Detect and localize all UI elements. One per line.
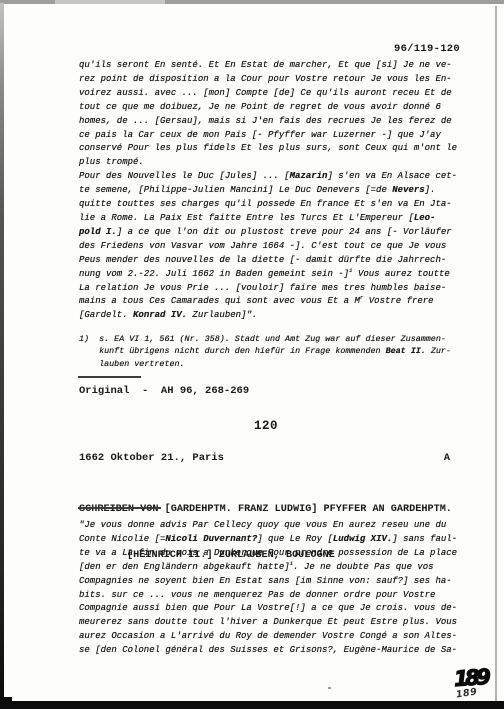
text-line: rez point de disposition a la Cour pour … [79,73,469,87]
scanned-page: 96/119-120 qu'ils seront En senté. Et En… [0,0,504,709]
letter-text-entry-120: "Je vous donne advis Par Cellecy quoy qu… [79,519,469,658]
scan-edge-top-highlight [55,0,165,4]
text-line: mains a tous Ces Camarades qui sont avec… [79,295,469,309]
text-line: lie a Rome. La Paix Est faitte Entre les… [79,212,469,226]
text-line: te semene, [Philippe-Julien Mancini] Le … [79,184,469,198]
scan-speck [328,687,331,689]
text-line: [den er den Engländern abgekauft hatte]1… [79,561,469,575]
text-line: pold I.] a ce que l'on dit ou plustost t… [79,226,469,240]
page-edge-line [495,6,497,702]
text-line: nung vom 2.-22. Juli 1662 in Baden gemei… [79,268,469,282]
text-line: bits. sur ce ... vous ne menquerez Pas d… [79,589,469,603]
separator-rule [78,376,141,378]
text-line: "Je vous donne advis Par Cellecy quoy qu… [79,519,469,533]
source-reference-line: Original - AH 96, 268-269 [79,385,249,397]
text-line: quitte touttes ses charges qu'il possede… [79,198,469,212]
scan-edge-bottom [0,701,504,709]
text-line: [Gardelt. Konrad IV. Zurlauben]". [79,309,469,323]
heading-rule [78,507,161,509]
page-number: 96/119-120 [79,43,460,55]
text-line: tout ce que me doibuez, Je ne Point de r… [79,101,469,115]
text-line: Peus mender des nouvelles de la diette [… [79,254,469,268]
text-line: qu'ils seront En senté. Et En Estat de m… [79,59,469,73]
entry-heading-line1: SCHREIBEN VON [GARDEHPTM. FRANZ LUDWIG] … [79,502,469,517]
footnote: 1) s. EA VI 1, 561 (Nr. 358). Stadt und … [79,333,469,370]
scan-edge-corner [0,697,12,709]
text-line: lauben vertreten. [79,358,469,370]
text-line: plus trompé. [79,156,469,170]
text-line: Pour des Nouvelles le Duc [Jules] ... [M… [79,170,469,184]
text-line: ce pais la Car ceux de mon Pais [- Pfyff… [79,129,469,143]
text-line: Conte Nicolie [=Nicoli Duvernant?] que L… [79,533,469,547]
text-line: La relation Je vous Prie ... [vouloir] f… [79,282,469,296]
text-line: voirez aussi. avec ... [mon] Compte [de]… [79,87,469,101]
text-line: meurerez sans doutte tout l'hiver a Dunk… [79,616,469,630]
text-line: kunft übrigens nicht durch den hiefür in… [79,345,469,357]
text-line: 1) s. EA VI 1, 561 (Nr. 358). Stadt und … [79,333,469,345]
text-line: Compagnies ne soyent bien En Estat sans … [79,575,469,589]
text-line: se [den Colonel général des Suisses et G… [79,644,469,658]
text-line: aurez Occasion a L'arrivé du Roy de deme… [79,630,469,644]
date-row: 1662 Oktober 21., Paris A [79,452,450,464]
letter-text-previous-entry: qu'ils seront En senté. Et En Estat de m… [79,59,469,323]
corner-letter: A [444,452,450,464]
text-line: homes, de ... [Gersau], mais si J'en fai… [79,115,469,129]
text-line: conservé Pour les plus fidels Et les plu… [79,142,469,156]
document-number: 120 [79,419,453,433]
text-line: te va a La fin du mois a Dunkerque Pour … [79,547,469,561]
text-line: des Friedens von Vasvar vom Jahre 1664 -… [79,240,469,254]
date-place: 1662 Oktober 21., Paris [79,452,224,464]
scan-edge-left [0,3,4,709]
text-line: Compagnie aussi bien que Pour La Vostre[… [79,602,469,616]
handwritten-folio-number-small: 189 [455,686,478,700]
